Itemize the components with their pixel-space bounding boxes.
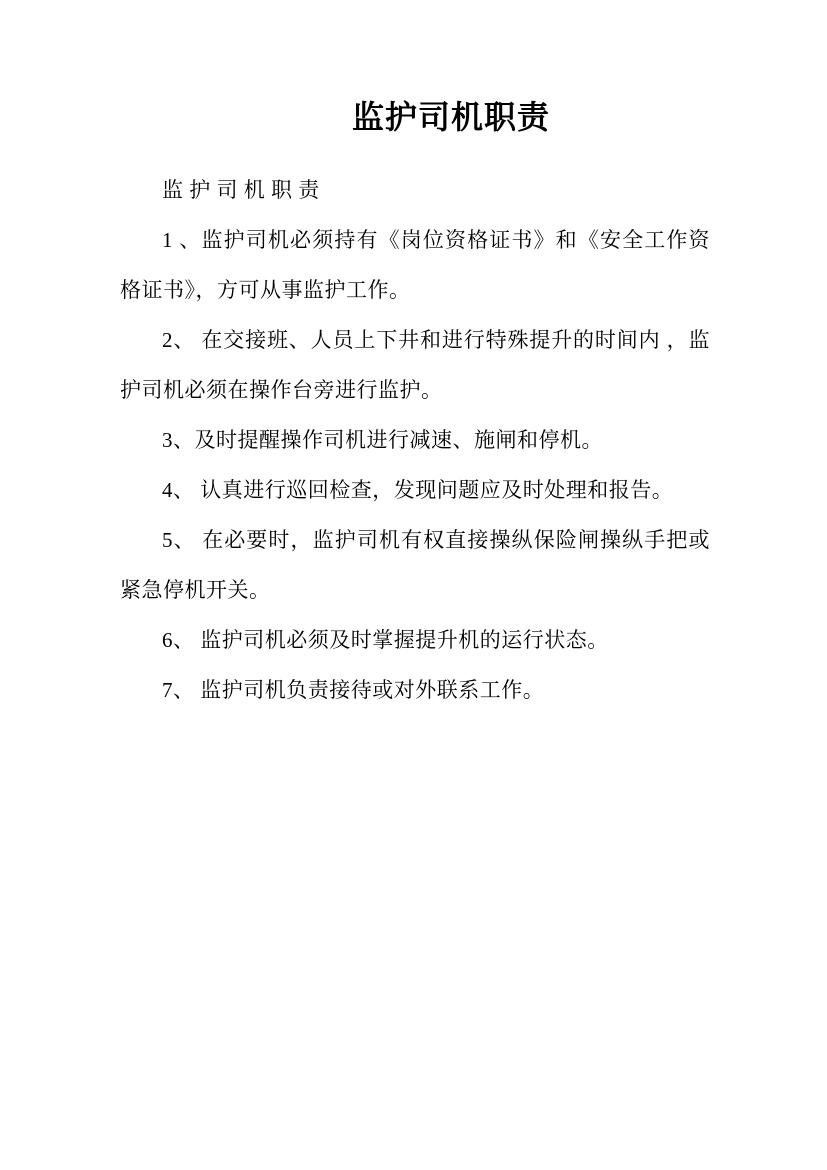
document-paragraph: 3、及时提醒操作司机进行减速、施闸和停机。 (120, 415, 710, 465)
document-title: 监护司机职责 (192, 96, 710, 138)
document-subtitle: 监 护 司 机 职 责 (120, 165, 710, 215)
document-paragraph: 7、 监护司机负责接待或对外联系工作。 (120, 665, 710, 715)
document-body: 监 护 司 机 职 责 1 、监护司机必须持有《岗位资格证书》和《安全工作资格证… (120, 165, 710, 715)
document-paragraph: 6、 监护司机必须及时掌握提升机的运行状态。 (120, 615, 710, 665)
document-paragraph: 2、 在交接班、人员上下井和进行特殊提升的时间内 ，监护司机必须在操作台旁进行监… (120, 315, 710, 415)
document-paragraph: 5、 在必要时，监护司机有权直接操纵保险闸操纵手把或紧急停机开关。 (120, 515, 710, 615)
document-paragraph: 4、 认真进行巡回检查，发现问题应及时处理和报告。 (120, 465, 710, 515)
document-paragraph: 1 、监护司机必须持有《岗位资格证书》和《安全工作资格证书》，方可从事监护工作。 (120, 215, 710, 315)
paragraph-list: 1 、监护司机必须持有《岗位资格证书》和《安全工作资格证书》，方可从事监护工作。… (120, 215, 710, 715)
document-page: 监护司机职责 监 护 司 机 职 责 1 、监护司机必须持有《岗位资格证书》和《… (0, 0, 827, 1170)
